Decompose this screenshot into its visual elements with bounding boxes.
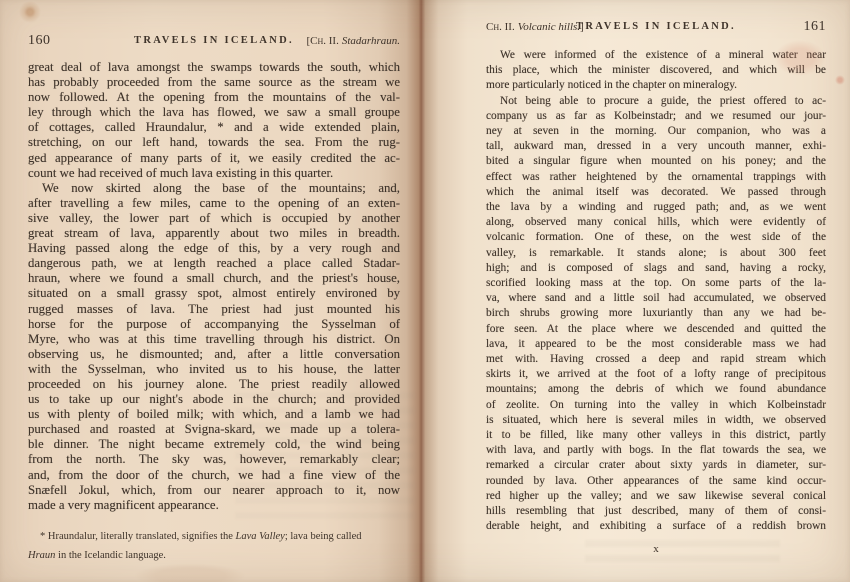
text-line: met with. Having crossed a deep and rapi… — [486, 352, 826, 367]
text-line: after travelling a few miles, came to th… — [28, 196, 400, 211]
section-label: Volcanic hills. — [518, 21, 580, 33]
text-line: Having passed along the edge of this, by… — [28, 241, 400, 256]
text-line: along, observed many conical hills, whic… — [486, 215, 826, 230]
running-title: TRAVELS IN ICELAND. — [134, 35, 294, 46]
chapter-heading: Ch. II.Volcanic hills.] — [486, 21, 584, 33]
text-line: with lava, and partly with bogs. In the … — [486, 443, 826, 458]
text-line: va, where sand and a little soil had acc… — [486, 291, 826, 306]
text-line: dangerous path, we at length reached a p… — [28, 256, 400, 271]
text-line: from the north. The sky was, however, re… — [28, 452, 400, 467]
text-line: it to be filled, like many other valleys… — [486, 428, 826, 443]
footnote-italic-term: Hraun — [28, 550, 55, 561]
text-line: horse for the purpose of accompanying th… — [28, 317, 400, 332]
text-line: Not being able to procure a guide, the p… — [486, 94, 826, 109]
text-line: valley, is remarkable. It stands alone; … — [486, 246, 826, 261]
text-line: great deal of lava amongst the swamps to… — [28, 60, 400, 75]
text-line: us with plenty of boiled milk; with whic… — [28, 407, 400, 422]
text-line: ley through which the lava has flowed, w… — [28, 105, 400, 120]
text-line: scorified looking mass at the top. On so… — [486, 276, 826, 291]
footnote-text: * Hraundalur, literally translated, sign… — [40, 531, 236, 542]
page-number: 161 — [804, 19, 827, 35]
text-line: sive valley, the lower part of which is … — [28, 211, 400, 226]
text-line: We were informed of the existence of a m… — [486, 48, 826, 63]
text-line: rounded by lava. Other appearances of th… — [486, 474, 826, 489]
right-page-text: We were informed of the existence of a m… — [486, 48, 826, 535]
text-line: derable height, and exhibiting a surface… — [486, 519, 826, 534]
footnote-line: Hraun in the Icelandic language. — [28, 546, 400, 565]
text-line: made a very magnificent appearance. — [28, 498, 400, 513]
text-line: with the Sysselman, who invited us to hi… — [28, 362, 400, 377]
footnote-text: in the Icelandic language. — [55, 550, 166, 561]
book-spread: 160 TRAVELS IN ICELAND. [Ch. II.Stadarhr… — [0, 0, 850, 582]
text-line: tall, aukward man, dressed in a very unc… — [486, 139, 826, 154]
left-page: 160 TRAVELS IN ICELAND. [Ch. II.Stadarhr… — [0, 0, 418, 582]
chapter-label: [Ch. II. — [306, 35, 338, 47]
text-line: of cottages, called Hraundalur, * and a … — [28, 120, 400, 135]
text-line: proceeded on his journey alone. The prie… — [28, 377, 400, 392]
text-line: skirts it, we arrived at the foot of a l… — [486, 367, 826, 382]
text-line: fore seen. At the place where we descend… — [486, 322, 826, 337]
text-line: is situated, which here is several miles… — [486, 413, 826, 428]
running-title: TRAVELS IN ICELAND. — [576, 21, 736, 32]
footnote: * Hraundalur, literally translated, sign… — [28, 527, 400, 565]
text-line: and, from the door of the church, we had… — [28, 468, 400, 483]
text-line: us to take up our night's abode in the c… — [28, 392, 400, 407]
text-line: We now skirted along the base of the mou… — [28, 181, 400, 196]
footnote-line: * Hraundalur, literally translated, sign… — [28, 527, 400, 546]
left-page-header: 160 TRAVELS IN ICELAND. [Ch. II.Stadarhr… — [28, 34, 400, 50]
chapter-heading: [Ch. II.Stadarhraun. — [306, 35, 400, 47]
footnote-text: ; lava being called — [285, 531, 362, 542]
text-line: lava, it appeared to be the most conside… — [486, 337, 826, 352]
text-line: remarked a circular crater about sixty y… — [486, 458, 826, 473]
left-page-text: great deal of lava amongst the swamps to… — [28, 60, 400, 513]
text-line: observing us, he dismounted; and, after … — [28, 347, 400, 362]
text-line: red higher up the valley; and we saw lik… — [486, 489, 826, 504]
text-line: stretching, on our left hand, towards th… — [28, 135, 400, 150]
text-line: which the animal itself was decorated. W… — [486, 185, 826, 200]
text-line: ney at seven in the morning. Our compani… — [486, 124, 826, 139]
text-line: the lava by a winding and rugged path; a… — [486, 200, 826, 215]
text-line: now followed. At the opening from the mo… — [28, 90, 400, 105]
text-line: Snæfell Jokul, which, from our nearer ap… — [28, 483, 400, 498]
chapter-label: Ch. II. — [486, 21, 515, 33]
text-line: birch shrubs growing more luxuriantly th… — [486, 306, 826, 321]
text-line: has probably proceeded from the same sou… — [28, 75, 400, 90]
text-line: volcanic formation. One of these, on the… — [486, 230, 826, 245]
text-line: company us as far as Kolbeinstadr; and w… — [486, 109, 826, 124]
right-page: Ch. II.Volcanic hills.] TRAVELS IN ICELA… — [420, 0, 850, 582]
text-line: of zeolite. On turning into the valley i… — [486, 398, 826, 413]
signature-mark: x — [486, 543, 826, 555]
footnote-italic-term: Lava Valley — [236, 531, 285, 542]
right-page-header: Ch. II.Volcanic hills.] TRAVELS IN ICELA… — [486, 20, 826, 36]
text-line: effect was rather heightened by the orna… — [486, 170, 826, 185]
text-line: more particularly noticed in the chapter… — [486, 78, 826, 93]
text-line: this place, which the minister discovere… — [486, 63, 826, 78]
text-line: hraun, where we found a small church, an… — [28, 271, 400, 286]
text-line: ged appearance of many parts of it, we e… — [28, 151, 400, 166]
text-line: high; and is composed of slags and sand,… — [486, 261, 826, 276]
text-line: bited a singular figure when mounted on … — [486, 154, 826, 169]
text-line: Myre, who was at this time travelling th… — [28, 332, 400, 347]
section-label: Stadarhraun. — [342, 35, 400, 47]
page-number: 160 — [28, 33, 51, 49]
text-line: purchased and roasted at Svigna-skard, w… — [28, 422, 400, 437]
text-line: mountains; among the debris of which we … — [486, 382, 826, 397]
text-line: ble dinner. The night became extremely c… — [28, 437, 400, 452]
text-line: count we had received of much lava exist… — [28, 166, 400, 181]
text-line: hills resembling that just described, ma… — [486, 504, 826, 519]
text-line: rugged masses of lava. The priest had ju… — [28, 302, 400, 317]
text-line: situated on a small grassy spot, almost … — [28, 286, 400, 301]
text-line: great stream of lava, apparently about t… — [28, 226, 400, 241]
